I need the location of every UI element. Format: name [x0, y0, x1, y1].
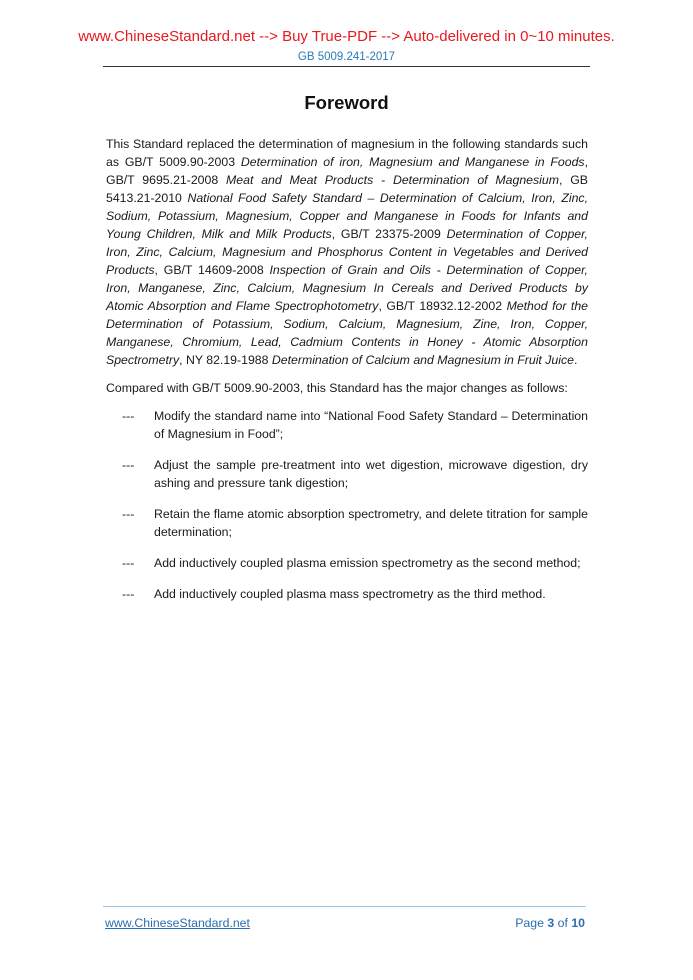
promo-banner: www.ChineseStandard.net --> Buy True-PDF…: [0, 28, 693, 46]
replaced-standards-paragraph: This Standard replaced the determination…: [106, 135, 588, 369]
changes-list: ---Modify the standard name into “Nation…: [106, 407, 588, 603]
standard-title: Meat and Meat Products - Determination o…: [226, 173, 559, 187]
list-item: ---Modify the standard name into “Nation…: [122, 407, 588, 443]
footer-divider: [103, 906, 586, 907]
standard-code-text: , GB/T 23375-2009: [332, 227, 447, 241]
list-item-text: Retain the flame atomic absorption spect…: [154, 507, 588, 539]
page-of: of: [554, 916, 571, 930]
list-item: ---Add inductively coupled plasma mass s…: [122, 585, 588, 603]
dash-marker: ---: [122, 407, 134, 425]
dash-marker: ---: [122, 585, 134, 603]
page-title: Foreword: [0, 92, 693, 114]
page-prefix: Page: [515, 916, 547, 930]
standard-code-text: .: [574, 353, 577, 367]
page-number: Page 3 of 10: [515, 916, 585, 930]
standard-code-text: , GB/T 14609-2008: [155, 263, 270, 277]
list-item: ---Adjust the sample pre-treatment into …: [122, 456, 588, 492]
document-id: GB 5009.241-2017: [0, 50, 693, 64]
standard-code-text: , NY 82.19-1988: [179, 353, 272, 367]
header-divider: [103, 66, 590, 67]
dash-marker: ---: [122, 505, 134, 523]
dash-marker: ---: [122, 554, 134, 572]
list-item: ---Add inductively coupled plasma emissi…: [122, 554, 588, 572]
footer-website-link[interactable]: www.ChineseStandard.net: [105, 916, 250, 930]
total-pages: 10: [571, 916, 585, 930]
list-item-text: Add inductively coupled plasma mass spec…: [154, 587, 546, 601]
standard-title: Determination of Calcium and Magnesium i…: [272, 353, 574, 367]
standard-code-text: , GB/T 18932.12-2002: [378, 299, 506, 313]
dash-marker: ---: [122, 456, 134, 474]
standard-title: Determination of iron, Magnesium and Man…: [241, 155, 585, 169]
list-item-text: Adjust the sample pre-treatment into wet…: [154, 458, 588, 490]
comparison-paragraph: Compared with GB/T 5009.90-2003, this St…: [106, 379, 588, 397]
list-item: ---Retain the flame atomic absorption sp…: [122, 505, 588, 541]
document-body: This Standard replaced the determination…: [106, 135, 588, 616]
list-item-text: Add inductively coupled plasma emission …: [154, 556, 581, 570]
list-item-text: Modify the standard name into “National …: [154, 409, 588, 441]
